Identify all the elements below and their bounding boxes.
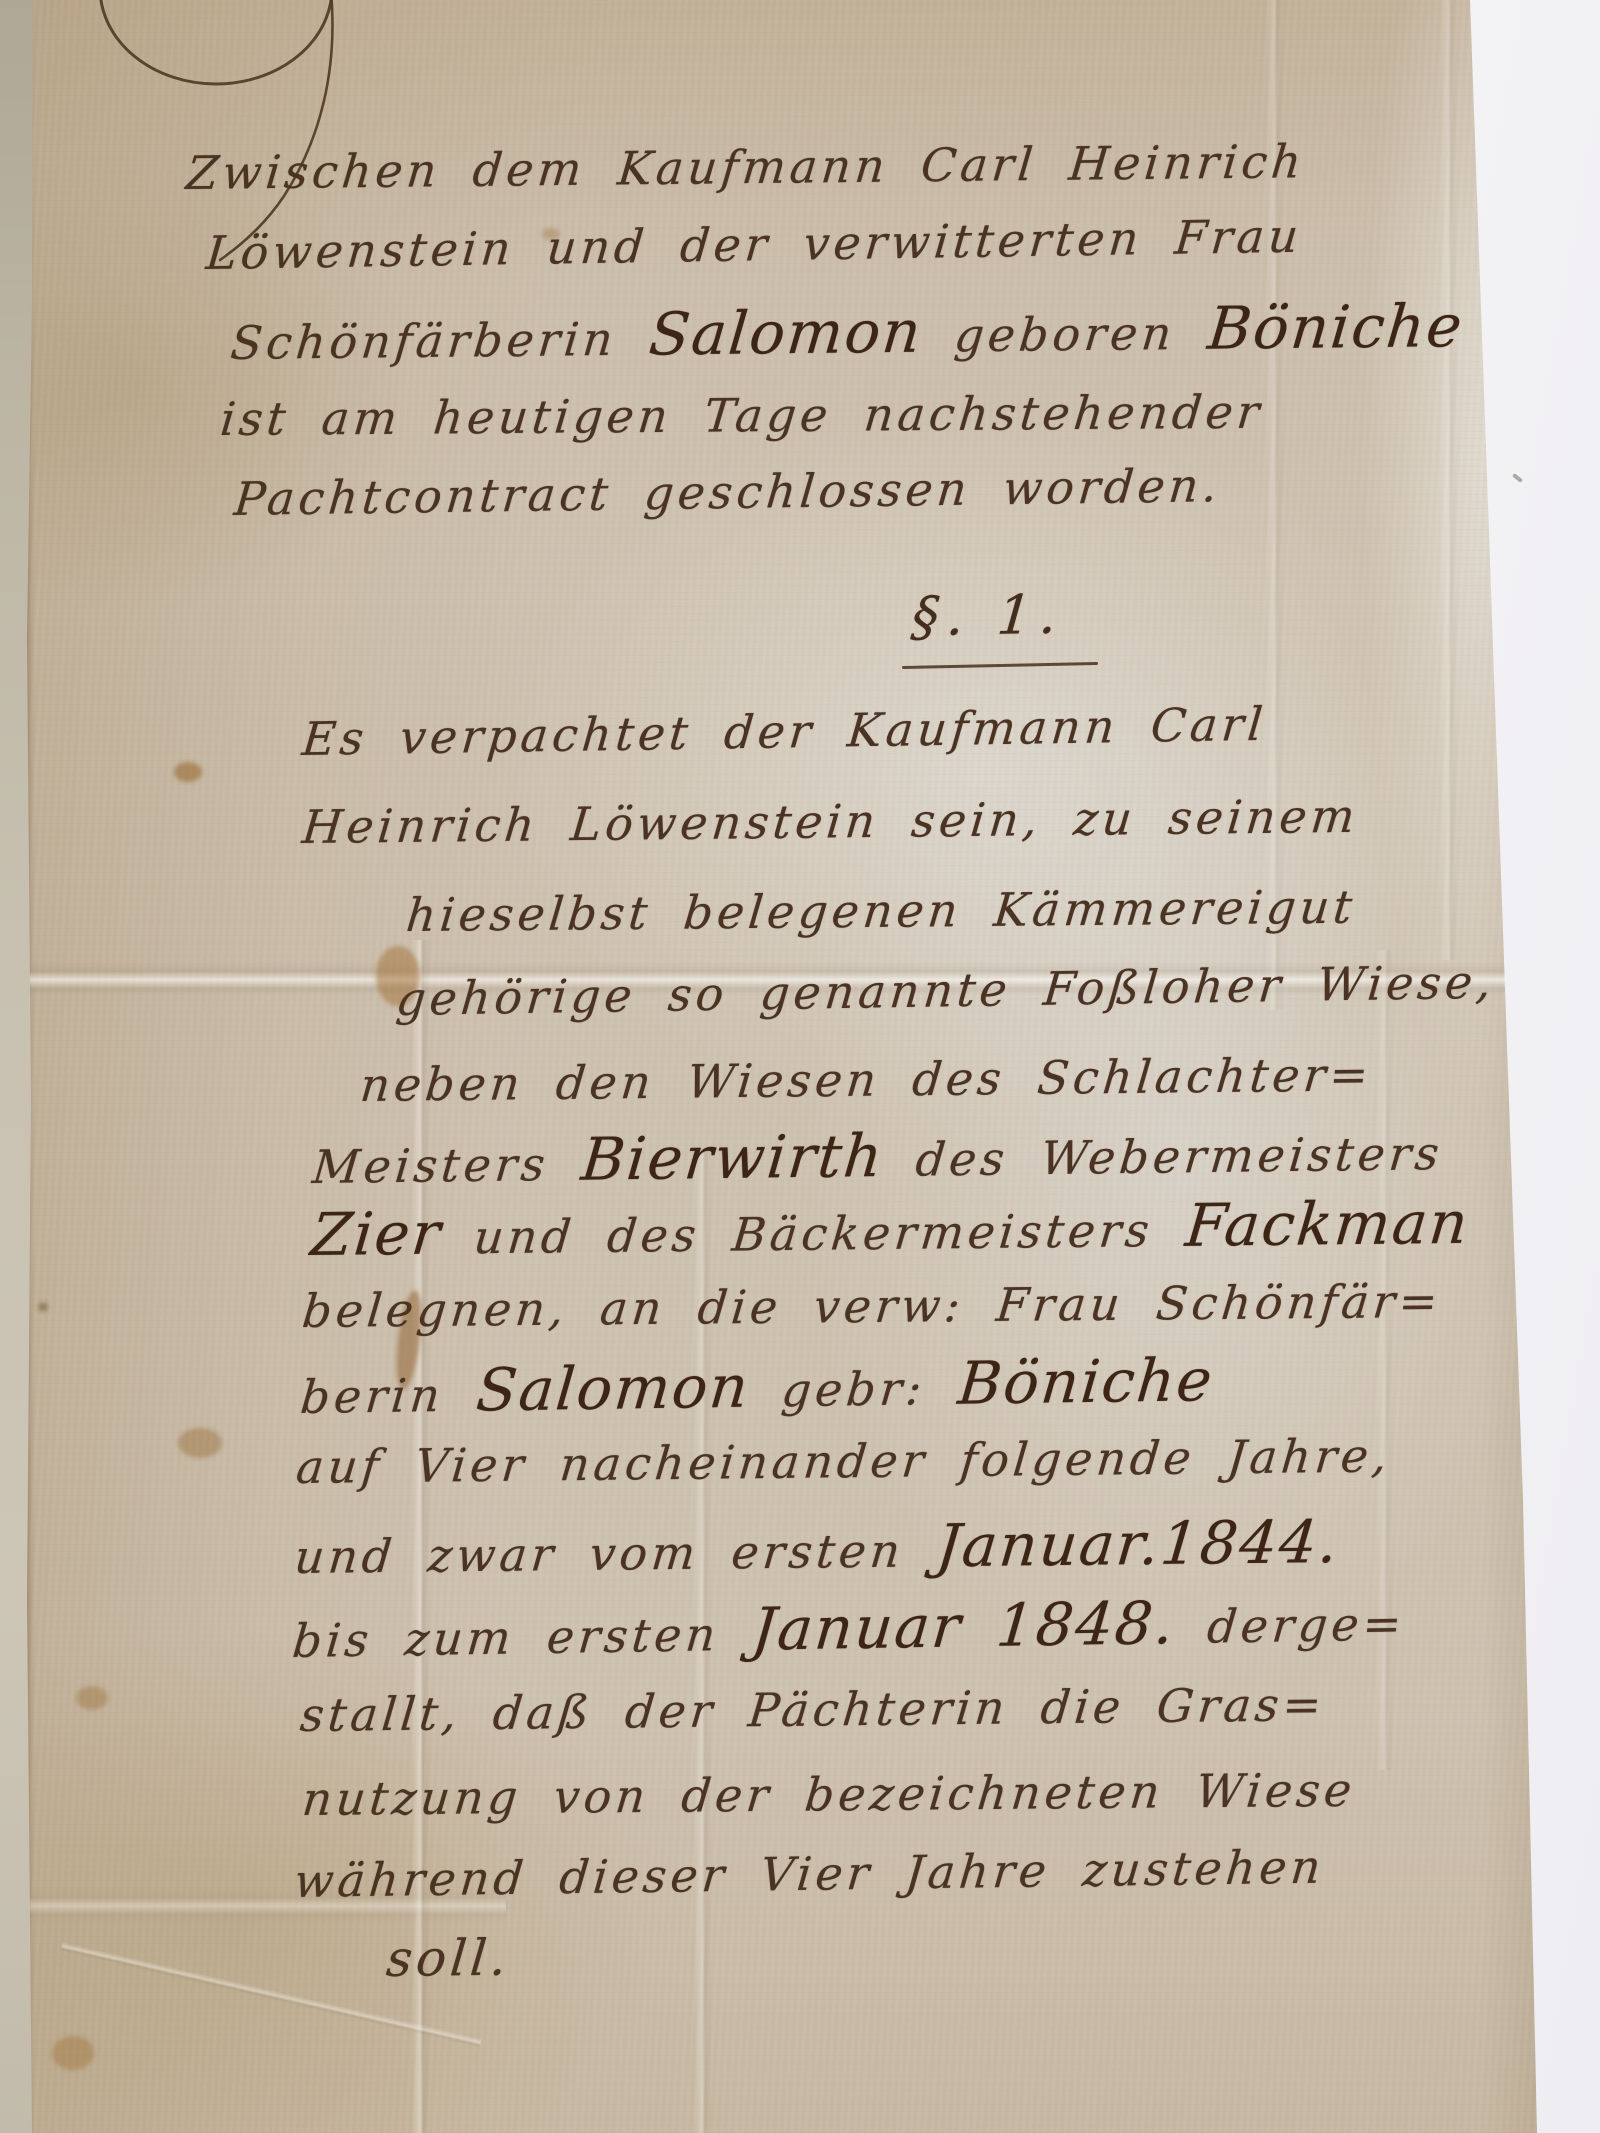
manuscript-text: hieselbst belegenen Kämmereigut bbox=[404, 880, 1359, 942]
manuscript-date: Januar 1848. bbox=[749, 1588, 1178, 1664]
manuscript-text: bis zum ersten bbox=[290, 1607, 754, 1668]
manuscript-text: Schönfärberin bbox=[228, 312, 651, 370]
manuscript-line: ist am heutigen Tage nachstehender bbox=[218, 385, 1266, 446]
document-page: Zwischen dem Kaufmann Carl Heinrich Löwe… bbox=[26, 0, 1542, 2133]
stain-mark bbox=[52, 2036, 94, 2070]
photo-background: Zwischen dem Kaufmann Carl Heinrich Löwe… bbox=[0, 0, 1600, 2133]
manuscript-line: soll. bbox=[384, 1929, 513, 1988]
manuscript-name: Salomon bbox=[646, 297, 925, 369]
manuscript-line: nutzung von der bezeichneten Wiese bbox=[300, 1763, 1358, 1826]
manuscript-name: Böniche bbox=[955, 1345, 1216, 1418]
manuscript-text: nutzung von der bezeichneten Wiese bbox=[300, 1763, 1358, 1826]
manuscript-text: während dieser Vier Jahre zustehen bbox=[292, 1840, 1327, 1908]
manuscript-text: Meisters bbox=[310, 1137, 584, 1194]
manuscript-text: berin bbox=[298, 1367, 479, 1424]
manuscript-line: während dieser Vier Jahre zustehen bbox=[292, 1840, 1327, 1908]
manuscript-text: derge= bbox=[1172, 1596, 1407, 1654]
manuscript-text: Zwischen dem Kaufmann Carl Heinrich bbox=[184, 134, 1308, 200]
manuscript-line: Pachtcontract geschlossen worden. bbox=[232, 458, 1224, 526]
manuscript-line: stallt, daß der Pächterin die Gras= bbox=[298, 1677, 1328, 1742]
stain-mark bbox=[76, 1686, 108, 1710]
stain-mark bbox=[174, 762, 202, 782]
manuscript-text: geboren bbox=[919, 306, 1210, 363]
manuscript-text: und des Bäckermeisters bbox=[439, 1203, 1188, 1265]
manuscript-text: Es verpachtet der Kaufmann Carl bbox=[300, 697, 1269, 766]
manuscript-date: Januar.1844. bbox=[934, 1507, 1343, 1580]
manuscript-text: auf Vier nacheinander folgende Jahre, bbox=[294, 1428, 1393, 1494]
manuscript-line: Schönfärberin Salomon geboren Böniche bbox=[228, 291, 1467, 373]
manuscript-line: Zwischen dem Kaufmann Carl Heinrich bbox=[184, 134, 1308, 200]
manuscript-line: bis zum ersten Januar 1848. derge= bbox=[290, 1584, 1409, 1671]
manuscript-name: Salomon bbox=[474, 1352, 753, 1425]
manuscript-name: Böniche bbox=[1205, 291, 1467, 363]
manuscript-line: Heinrich Löwenstein sein, zu seinem bbox=[300, 789, 1361, 854]
manuscript-text: und zwar vom ersten bbox=[292, 1523, 939, 1584]
stain-mark bbox=[178, 1428, 222, 1458]
manuscript-name: Zier bbox=[308, 1199, 445, 1269]
section-heading-underline bbox=[902, 662, 1098, 669]
manuscript-line: Es verpachtet der Kaufmann Carl bbox=[300, 697, 1269, 766]
manuscript-text: stallt, daß der Pächterin die Gras= bbox=[298, 1677, 1328, 1742]
manuscript-text: ist am heutigen Tage nachstehender bbox=[218, 385, 1266, 446]
manuscript-text: neben den Wiesen des Schlachter= bbox=[358, 1047, 1375, 1112]
manuscript-line: berin Salomon gebr: Böniche bbox=[298, 1345, 1217, 1427]
manuscript-line: neben den Wiesen des Schlachter= bbox=[358, 1047, 1375, 1112]
manuscript-line: Meisters Bierwirth des Webermeisters bbox=[310, 1114, 1446, 1197]
stain-mark bbox=[38, 1302, 48, 1312]
manuscript-line: Zier und des Bäckermeisters Fackman bbox=[308, 1188, 1473, 1269]
manuscript-text: soll. bbox=[384, 1929, 513, 1988]
manuscript-name: Bierwirth bbox=[579, 1121, 887, 1194]
background-speck bbox=[1512, 473, 1523, 483]
manuscript-line: hieselbst belegenen Kämmereigut bbox=[404, 880, 1359, 942]
section-heading: §. 1. bbox=[909, 583, 1067, 649]
manuscript-text: gebr: bbox=[747, 1361, 961, 1418]
manuscript-line: und zwar vom ersten Januar.1844. bbox=[292, 1507, 1343, 1587]
manuscript-line: belegnen, an die verw: Frau Schönfär= bbox=[300, 1274, 1444, 1338]
manuscript-text: belegnen, an die verw: Frau Schönfär= bbox=[300, 1274, 1444, 1338]
manuscript-name: Fackman bbox=[1183, 1188, 1473, 1260]
manuscript-line: auf Vier nacheinander folgende Jahre, bbox=[294, 1428, 1393, 1494]
manuscript-text: Pachtcontract geschlossen worden. bbox=[232, 458, 1224, 526]
manuscript-text: Heinrich Löwenstein sein, zu seinem bbox=[300, 789, 1361, 854]
manuscript-text: des Webermeisters bbox=[881, 1126, 1445, 1187]
fold-crease bbox=[1440, 0, 1458, 960]
